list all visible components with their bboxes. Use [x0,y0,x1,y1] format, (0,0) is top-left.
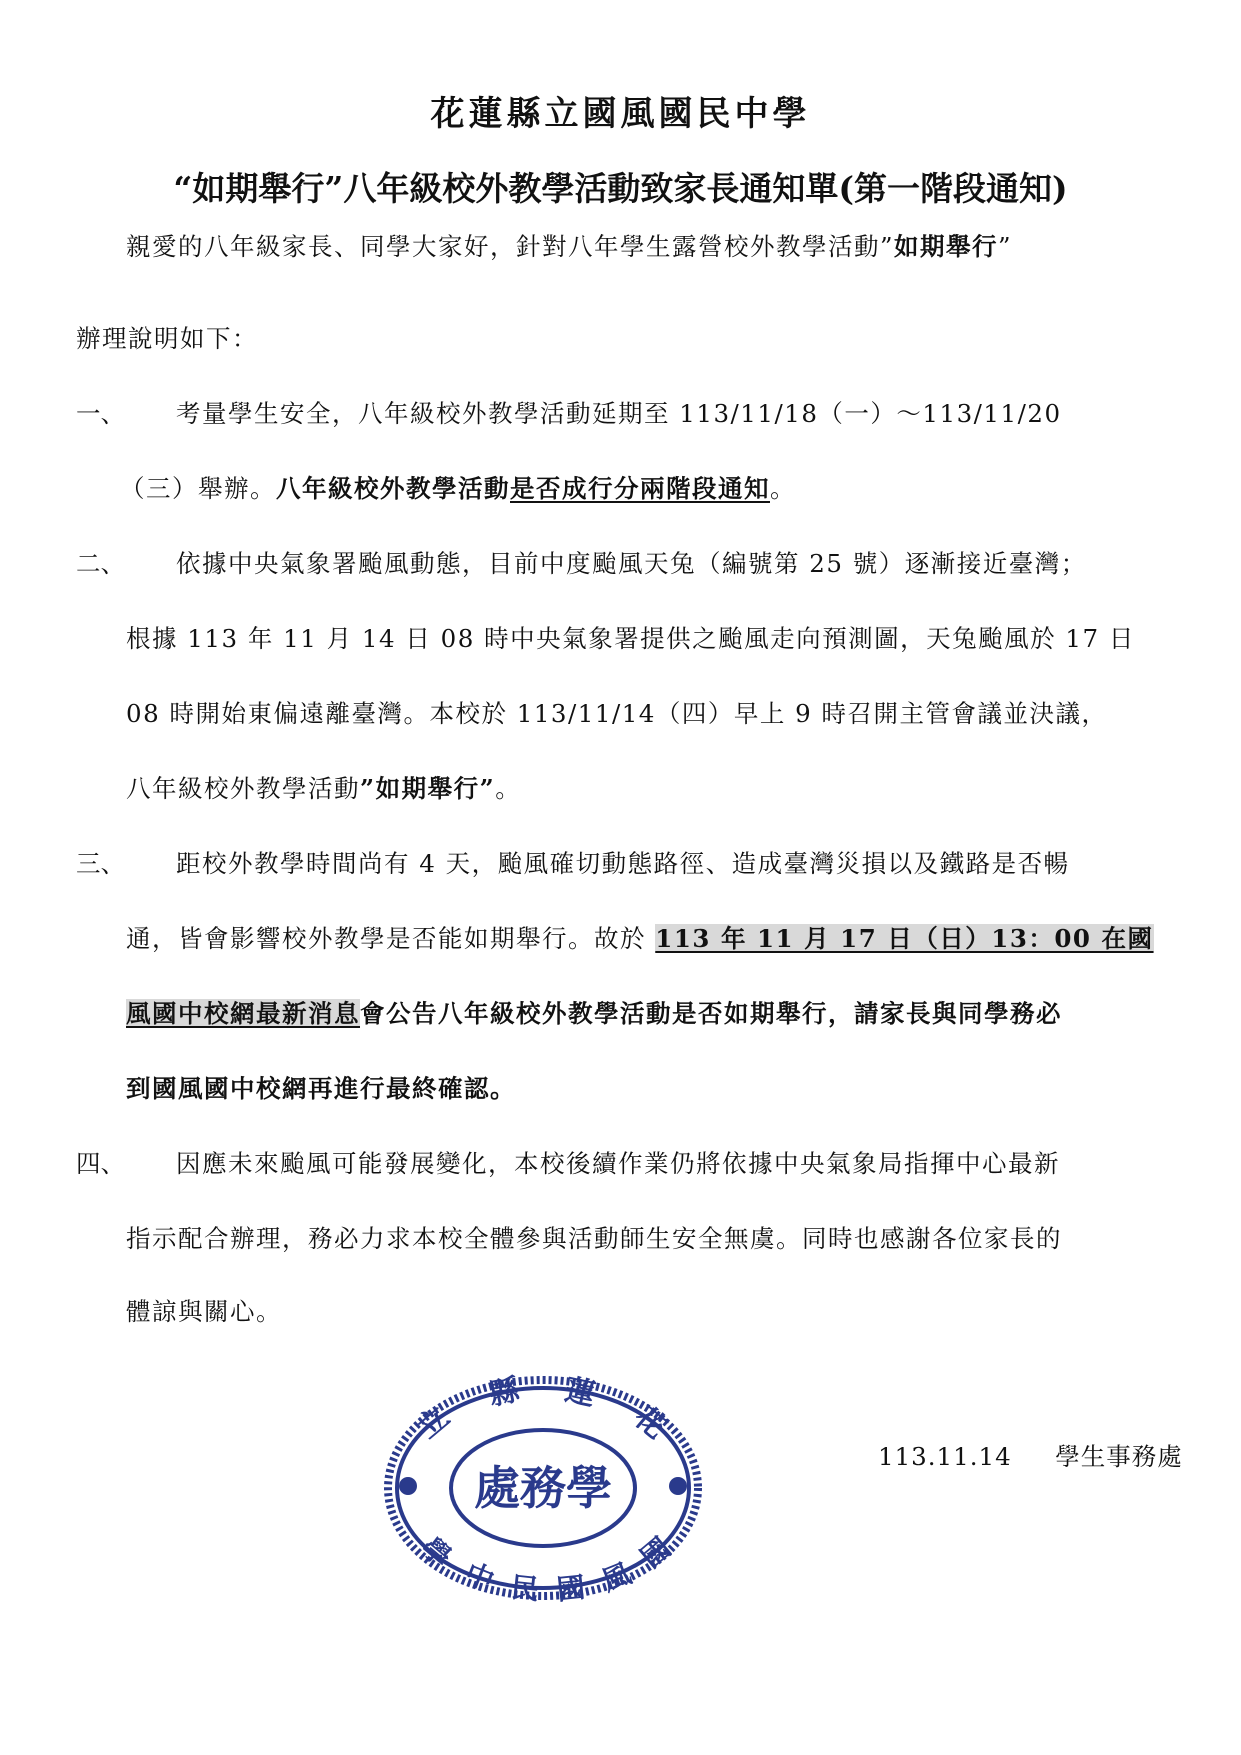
item-4-number: 四、 [76,1145,125,1180]
item-2-line-3: 08 時開始東偏遠離臺灣。本校於 113/11/14（四）早上 9 時召開主管會… [126,695,1108,730]
item-4-line-1: 因應未來颱風可能發展變化，本校後續作業仍將依據中央氣象局指揮中心最新 [176,1145,1060,1180]
item-3-highlight-2: 風國中校網最新消息 [126,999,360,1028]
item-4-line-2: 指示配合辦理，務必力求本校全體參與活動師生安全無虞。同時也感謝各位家長的 [126,1220,1062,1255]
item-1-underlined: 是否成行分兩階段通知 [510,474,770,503]
svg-text:風: 風 [597,1557,635,1598]
item-3-highlight: 113 年 11 月 17 日（日）13：00 在國 [655,924,1153,953]
notice-page: 花蓮縣立國風國民中學 “如期舉行”八年級校外教學活動致家長通知單(第一階段通知)… [0,0,1241,1755]
item-1-line-2: （三）舉辦。八年級校外教學活動是否成行分兩階段通知。 [120,470,796,505]
svg-text:國: 國 [555,1571,586,1607]
item-3-bold-2: 到國風國中校網再進行最終確認。 [126,1074,516,1103]
item-2-line-1: 依據中央氣象署颱風動態，目前中度颱風天兔（編號第 25 號）逐漸接近臺灣； [176,545,1087,580]
svg-text:蓮: 蓮 [562,1372,599,1412]
item-3-line-3: 風國中校網最新消息會公告八年級校外教學活動是否如期舉行，請家長與同學務必 [126,995,1062,1030]
svg-text:縣: 縣 [486,1372,524,1413]
svg-text:花: 花 [627,1399,673,1446]
item-3-text: 通，皆會影響校外教學是否能如期舉行。故於 [126,924,655,953]
item-3-line-4: 到國風國中校網再進行最終確認。 [126,1070,516,1105]
item-3-bold: 會公告八年級校外教學活動是否如期舉行，請家長與同學務必 [360,999,1062,1028]
school-name: 花蓮縣立國風國民中學 [0,86,1241,135]
intro-line-2: 辦理說明如下： [76,320,258,355]
item-2-line-2: 根據 113 年 11 月 14 日 08 時中央氣象署提供之颱風走向預測圖，天… [126,620,1135,655]
intro-text: 親愛的八年級家長、同學大家好，針對八年學生露營校外教學活動” [126,232,894,261]
item-3-line-2: 通，皆會影響校外教學是否能如期舉行。故於 113 年 11 月 17 日（日）1… [126,920,1154,955]
item-4-line-3: 體諒與關心。 [126,1293,282,1328]
item-1-number: 一、 [76,395,125,430]
item-1-bold: 八年級校外教學活動 [276,474,510,503]
item-2-number: 二、 [76,545,125,580]
item-1-text: （三）舉辦。 [120,474,276,503]
signature: 113.11.14 學生事務處 [878,1438,1183,1473]
item-2-bold: ”如期舉行” [360,774,495,803]
item-1-line-1: 考量學生安全，八年級校外教學活動延期至 113/11/18（一）～113/11/… [176,395,1062,430]
item-3-line-1: 距校外教學時間尚有 4 天，颱風確切動態路徑、造成臺灣災損以及鐵路是否暢 [176,845,1070,880]
item-2-end: 。 [495,774,521,803]
signature-date: 113.11.14 [878,1442,1012,1471]
intro-bold: 如期舉行 [894,232,998,261]
intro-quote: ” [998,232,1012,261]
item-3-number: 三、 [76,845,125,880]
notice-title: “如期舉行”八年級校外教學活動致家長通知單(第一階段通知) [0,163,1241,210]
item-2-line-4: 八年級校外教學活動”如期舉行”。 [126,770,521,805]
stamp-center-text: 處務學 [474,1461,612,1515]
item-2-text: 八年級校外教學活動 [126,774,360,803]
intro-line-1: 親愛的八年級家長、同學大家好，針對八年學生露營校外教學活動”如期舉行” [126,228,1012,263]
item-1-end: 。 [770,474,796,503]
office-seal-stamp: 處務學 立 縣 蓮 花 學 中 民 國 風 國 [378,1368,708,1608]
signature-office: 學生事務處 [1055,1442,1183,1471]
svg-text:民: 民 [509,1571,540,1607]
